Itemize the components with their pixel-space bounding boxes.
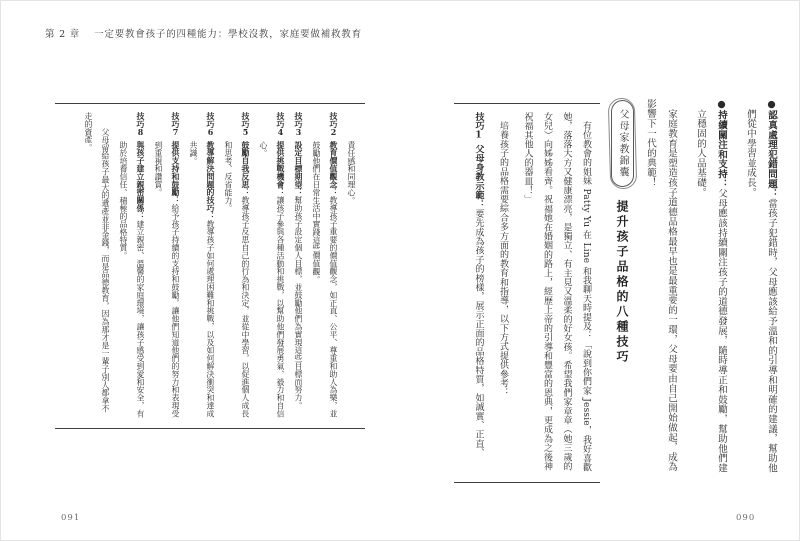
skill-title: 設定目標期望： [294, 141, 303, 196]
skill-label: 技巧4 [276, 112, 285, 137]
skill-item: 技巧2教育價值觀念：教導孩子重要的價值觀念，如正直、公平、尊重和助人為樂，並鼓勵… [308, 112, 342, 420]
skill-label: 技巧5 [241, 112, 250, 137]
bullet-marker-icon: ● [716, 99, 727, 110]
skill-label: 技巧2 [329, 112, 338, 137]
skill-item: 技巧4提供挑戰機會：讓孩子參與各種活動和挑戰，以幫助他們發展勇氣、毅力和自信心。 [255, 112, 289, 420]
section-title: 提升孩子品格的八種技巧 [615, 200, 629, 365]
tips-box-right: 有位教會的姐妹 Patty Yu 在 Line 和我聊天時提及：「說到你們家 J… [454, 103, 600, 483]
skill-item: 技巧7提供支持和鼓勵：給予孩子持續的支持和鼓勵，讓他們知道他們的努力和表現受到重… [150, 112, 184, 420]
lead-in-paragraph: 培養孩子的品格需要綜合多方面的教育和指導，以下方式提供參考： [493, 112, 513, 474]
skill-label: 技巧3 [294, 112, 303, 137]
bullet-title: 認真處理犯錯問題： [766, 110, 777, 198]
section-header-column: 父母家教錦囊提升孩子品格的八種技巧 [611, 100, 634, 482]
chapter-header: 第 2 章一定要教會孩子的四種能力：學校沒教，家庭要做補救教育 [45, 26, 362, 40]
skill-title: 提供挑戰機會： [276, 141, 285, 196]
page-number-left: 091 [61, 513, 80, 523]
skill-item: 技巧3設定目標期望：幫助孩子設定個人目標，並鼓勵他們為實現這些目標而努力。 [290, 112, 307, 420]
bullet-item: ●認真處理犯錯問題：當孩子犯錯時，父母應該給予溫和的引導和明確的建議，幫助他們從… [740, 99, 782, 481]
chapter-number: 第 2 章 [45, 29, 80, 40]
anecdote-paragraph: 有位教會的姐妹 Patty Yu 在 Line 和我聊天時提及：「說到你們家 J… [517, 112, 595, 474]
skill-title: 教導解決問題的技巧： [206, 141, 215, 220]
bullet-title: 持續關注和支持： [716, 110, 727, 188]
skill-label: 技巧6 [206, 112, 215, 137]
skill-item: 技巧5鼓勵自我反思：教導孩子反思自己的行為和決定，並從中學習，以促進個人成長和思… [220, 112, 254, 420]
closing-paragraph: 父母留給孩子最大的遺產並非金錢，而是品德教育，因為那才是一輩子別人都拿不走的資產… [80, 112, 114, 420]
skill-item: 技巧8與孩子建立親密關係：建立親密、溫馨的家庭環境，讓孩子感受到愛和安全，有助於… [115, 112, 149, 420]
skill-title: 提供支持和鼓勵： [171, 141, 180, 204]
skill-label: 技巧1 [474, 112, 484, 141]
book-spread: 第 2 章一定要教會孩子的四種能力：學校沒教，家庭要做補救教育 ●認真處理犯錯問… [0, 0, 800, 541]
skill-title: 父母身教示範： [474, 145, 484, 209]
section-badge: 父母家教錦囊 [611, 100, 634, 187]
skill-continuation: 責任感和同理心。 [343, 112, 360, 420]
page-number-right: 090 [736, 513, 755, 523]
skill-item: 技巧1父母身教示範：要先成為孩子的榜樣，展示正面的品格特質，如誠實、正直、 [468, 112, 488, 474]
tips-box-left: 責任感和同理心。 技巧2教育價值觀念：教導孩子重要的價值觀念，如正直、公平、尊重… [55, 103, 365, 429]
closing-paragraph: 家庭教育是塑造孩子道德品格最早也是最重要的一環，父母要由自己開始做起，成為影響下… [640, 99, 682, 481]
skill-label: 技巧7 [171, 112, 180, 137]
skill-label: 技巧8 [136, 112, 145, 137]
skill-title: 教育價值觀念： [329, 141, 338, 196]
skill-text: 幫助孩子設定個人目標，並鼓勵他們為實現這些目標而努力。 [294, 196, 303, 409]
skill-title: 與孩子建立親密關係： [136, 141, 145, 220]
chapter-title: 一定要教會孩子的四種能力：學校沒教，家庭要做補救教育 [94, 29, 362, 40]
skill-item: 技巧6教導解決問題的技巧：教導孩子如何處理困難和挑戰，以及如何解決衝突和達成共識… [185, 112, 219, 420]
skill-text: 要先成為孩子的榜樣，展示正面的品格特質，如誠實、正直、 [474, 209, 484, 457]
bullet-item: ●持續關注和支持：父母應該持續關注孩子的道德發展，隨時導正和鼓勵，幫助他們建立穩… [690, 99, 732, 481]
skill-title: 鼓勵自我反思： [241, 141, 250, 196]
bullet-marker-icon: ● [766, 99, 777, 110]
right-page-intro: ●認真處理犯錯問題：當孩子犯錯時，父母應該給予溫和的引導和明確的建議，幫助他們從… [630, 99, 782, 481]
